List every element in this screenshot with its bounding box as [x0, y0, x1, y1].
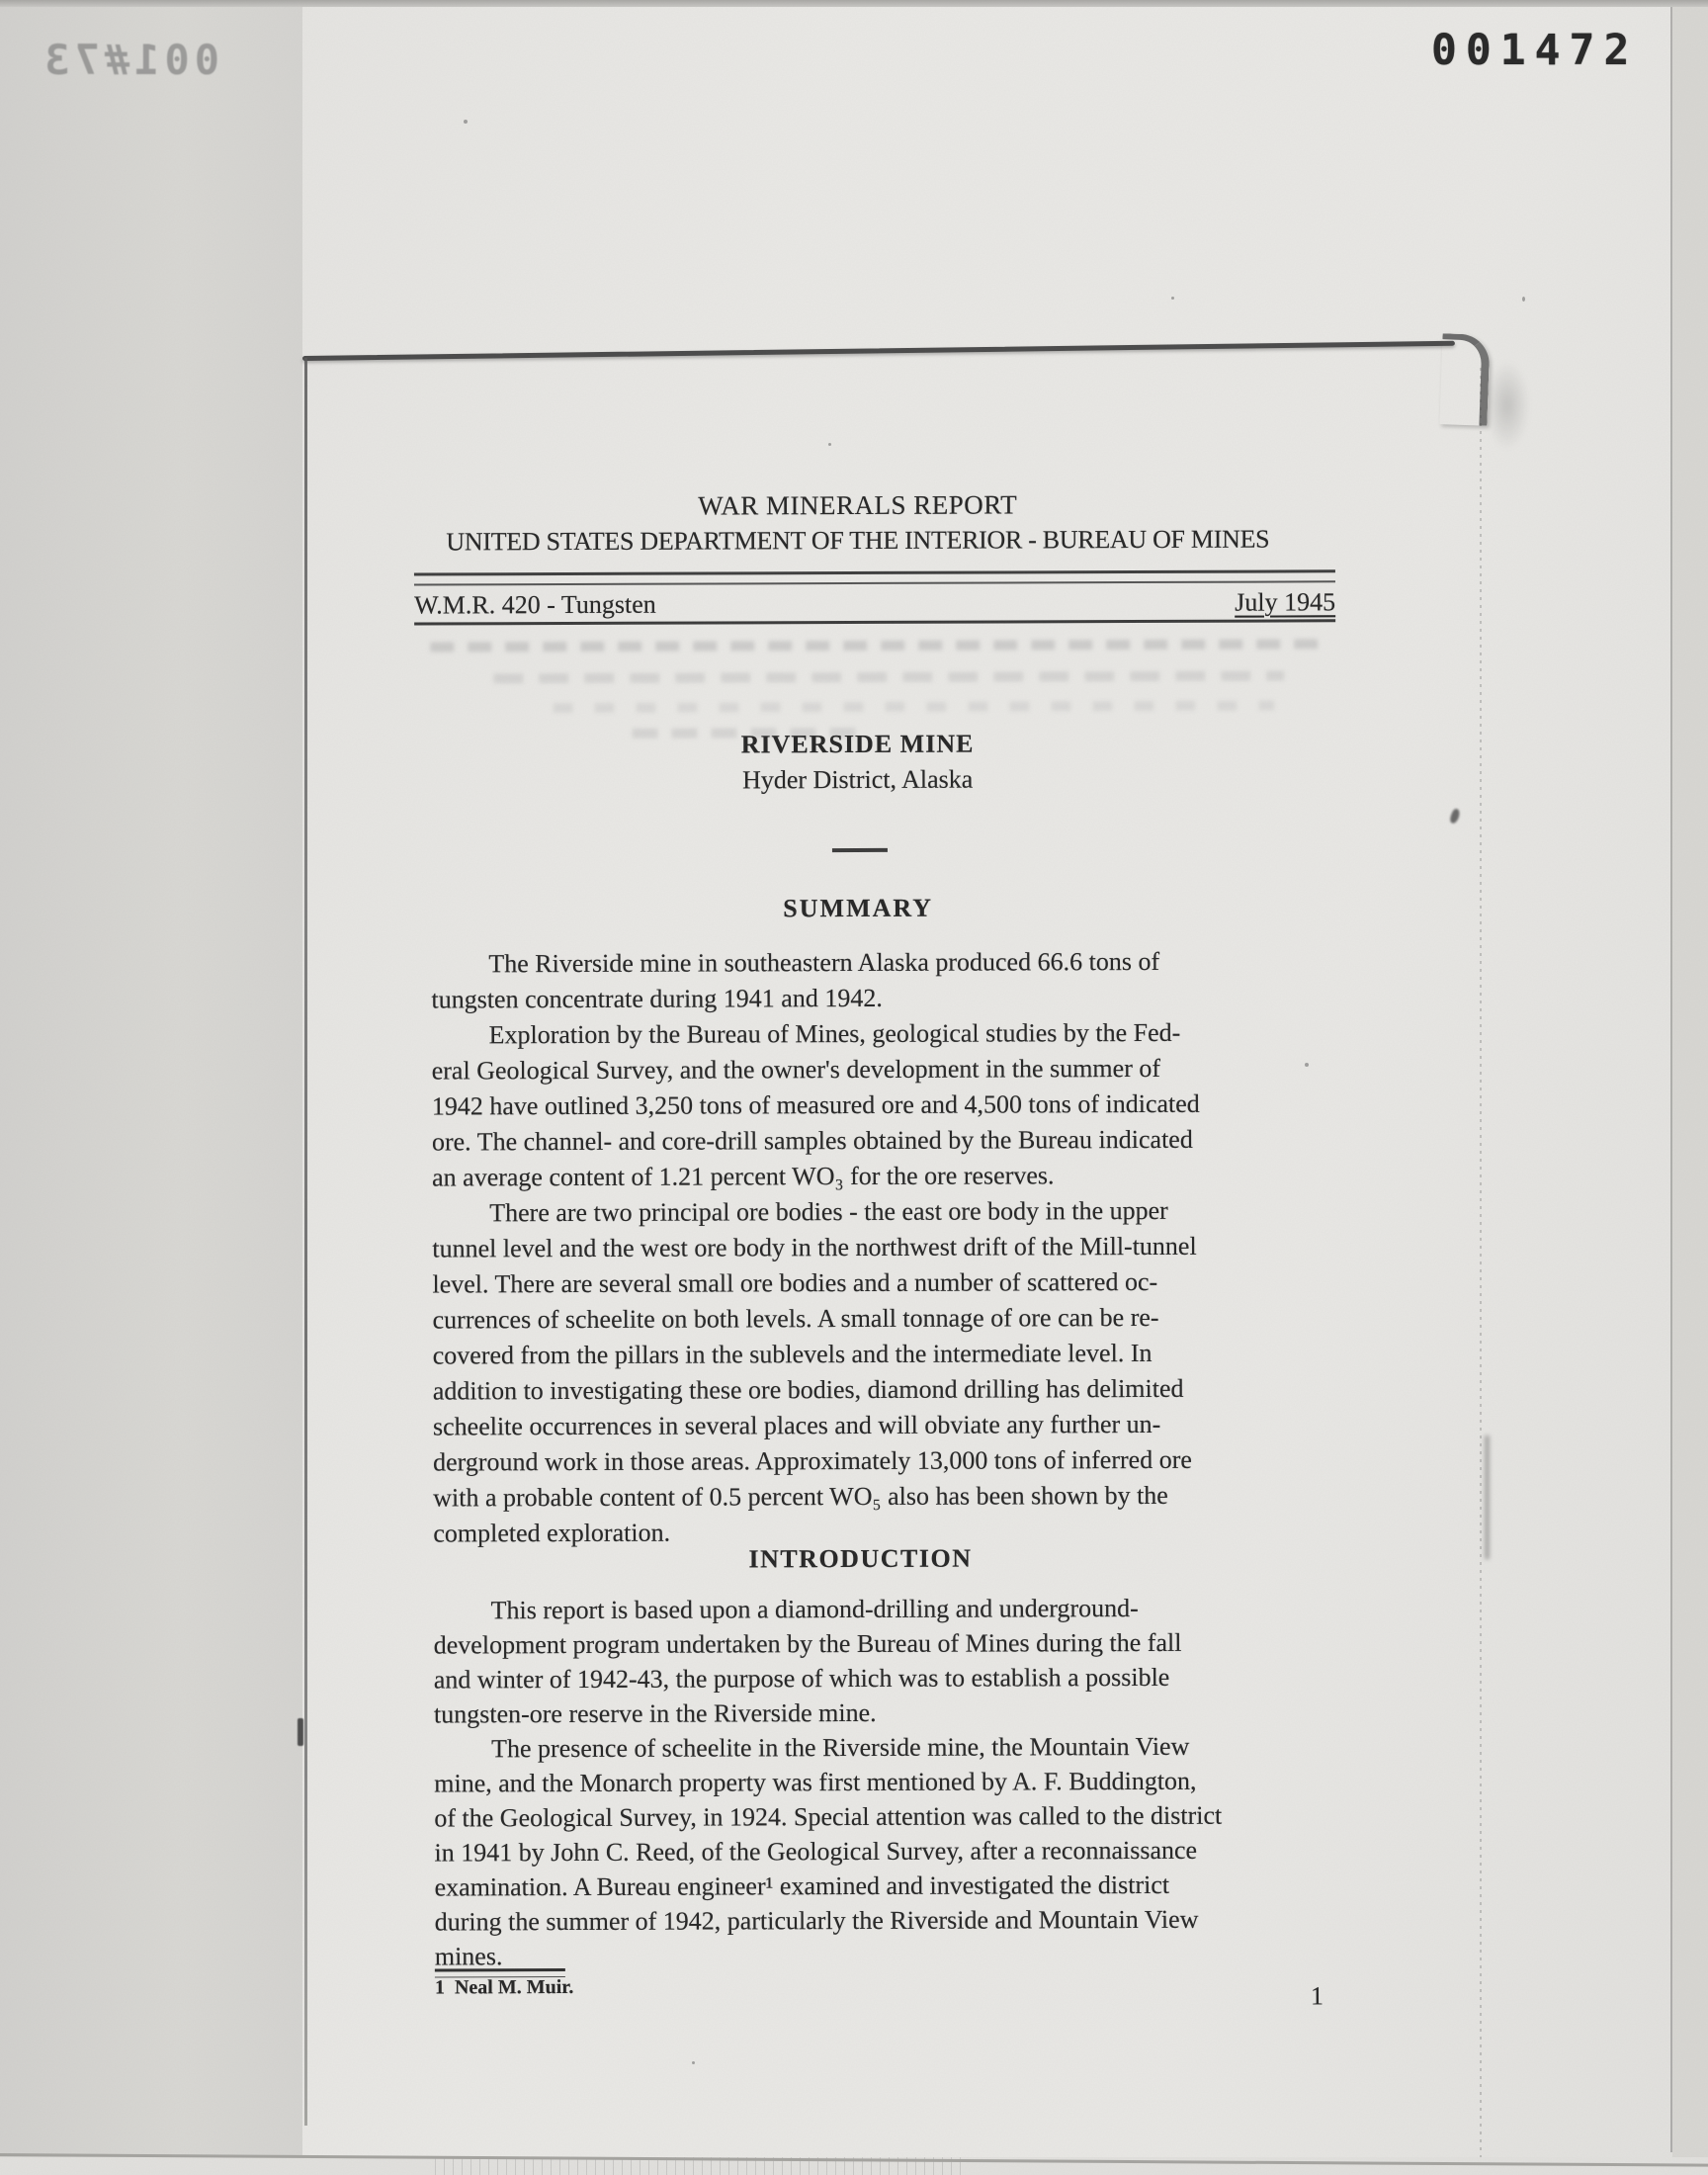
- text-line: development program undertaken by the Bu…: [434, 1624, 1343, 1662]
- dust-speck: [828, 443, 831, 446]
- text-line: The presence of scheelite in the Riversi…: [434, 1728, 1343, 1766]
- text-line: level. There are several small ore bodie…: [432, 1263, 1341, 1302]
- dust-speck: [464, 120, 468, 124]
- section-divider-dash: [832, 848, 888, 852]
- dust-speck: [1305, 1063, 1309, 1067]
- footnote: 1 Neal M. Muir.: [435, 1976, 573, 1999]
- text-line: tunnel level and the west ore body in th…: [432, 1228, 1341, 1266]
- summary-text: The Riverside mine in southeastern Alask…: [431, 943, 1342, 1551]
- report-number: W.M.R. 420 - Tungsten: [414, 590, 656, 621]
- text-line: derground work in those areas. Approxima…: [433, 1441, 1342, 1480]
- mine-title: RIVERSIDE MINE: [431, 728, 1285, 760]
- text-line: This report is based upon a diamond-dril…: [434, 1590, 1343, 1627]
- text-line: tungsten-ore reserve in the Riverside mi…: [434, 1694, 1343, 1731]
- dust-speck: [1171, 297, 1174, 300]
- scan-streak: [1485, 1435, 1490, 1559]
- dust-speck: [692, 2061, 695, 2064]
- text-line: currences of scheelite on both levels. A…: [433, 1299, 1342, 1338]
- text-line: Exploration by the Bureau of Mines, geol…: [432, 1014, 1341, 1053]
- text-line: eral Geological Survey, and the owner's …: [432, 1050, 1341, 1088]
- text-line: examination. A Bureau engineer¹ examined…: [435, 1867, 1344, 1904]
- introduction-heading: INTRODUCTION: [433, 1542, 1287, 1575]
- text-line: mine, and the Monarch property was first…: [434, 1763, 1343, 1800]
- text-line: The Riverside mine in southeastern Alask…: [431, 943, 1340, 982]
- text-line: in 1941 by John C. Reed, of the Geologic…: [434, 1832, 1343, 1870]
- text-line: mines.: [435, 1936, 1344, 1973]
- edge-mark: [298, 1718, 303, 1746]
- text-line: of the Geological Survey, in 1924. Speci…: [434, 1797, 1343, 1835]
- summary-heading: SUMMARY: [431, 892, 1285, 924]
- agency-title: UNITED STATES DEPARTMENT OF THE INTERIOR…: [399, 524, 1317, 557]
- text-line: with a probable content of 0.5 percent W…: [433, 1477, 1342, 1516]
- text-line: and winter of 1942-43, the purpose of wh…: [434, 1659, 1343, 1696]
- bleed-through-smudge: [553, 701, 1274, 714]
- text-line: an average content of 1.21 percent WO₃ f…: [432, 1157, 1341, 1195]
- text-line: tungsten concentrate during 1941 and 194…: [431, 979, 1340, 1017]
- bleed-through-smudge: [430, 639, 1320, 652]
- page-number: 1: [1311, 1981, 1324, 2011]
- text-line: covered from the pillars in the sublevel…: [433, 1335, 1342, 1373]
- text-line: scheelite occurrences in several places …: [433, 1406, 1342, 1444]
- introduction-text: This report is based upon a diamond-dril…: [434, 1590, 1344, 1973]
- text-line: addition to investigating these ore bodi…: [433, 1370, 1342, 1409]
- dust-speck: [1522, 297, 1525, 302]
- text-line: There are two principal ore bodies - the…: [432, 1192, 1341, 1231]
- text-line: during the summer of 1942, particularly …: [435, 1901, 1344, 1939]
- report-date: July 1945: [1235, 587, 1335, 617]
- document-page: WAR MINERALS REPORT UNITED STATES DEPART…: [0, 0, 1708, 2175]
- report-series-title: WAR MINERALS REPORT: [399, 488, 1317, 522]
- mine-location: Hyder District, Alaska: [431, 763, 1285, 796]
- bleed-through-smudge: [493, 670, 1284, 683]
- masthead-single-rule: [414, 619, 1335, 625]
- text-line: ore. The channel- and core-drill samples…: [432, 1121, 1341, 1160]
- text-line: 1942 have outlined 3,250 tons of measure…: [432, 1086, 1341, 1124]
